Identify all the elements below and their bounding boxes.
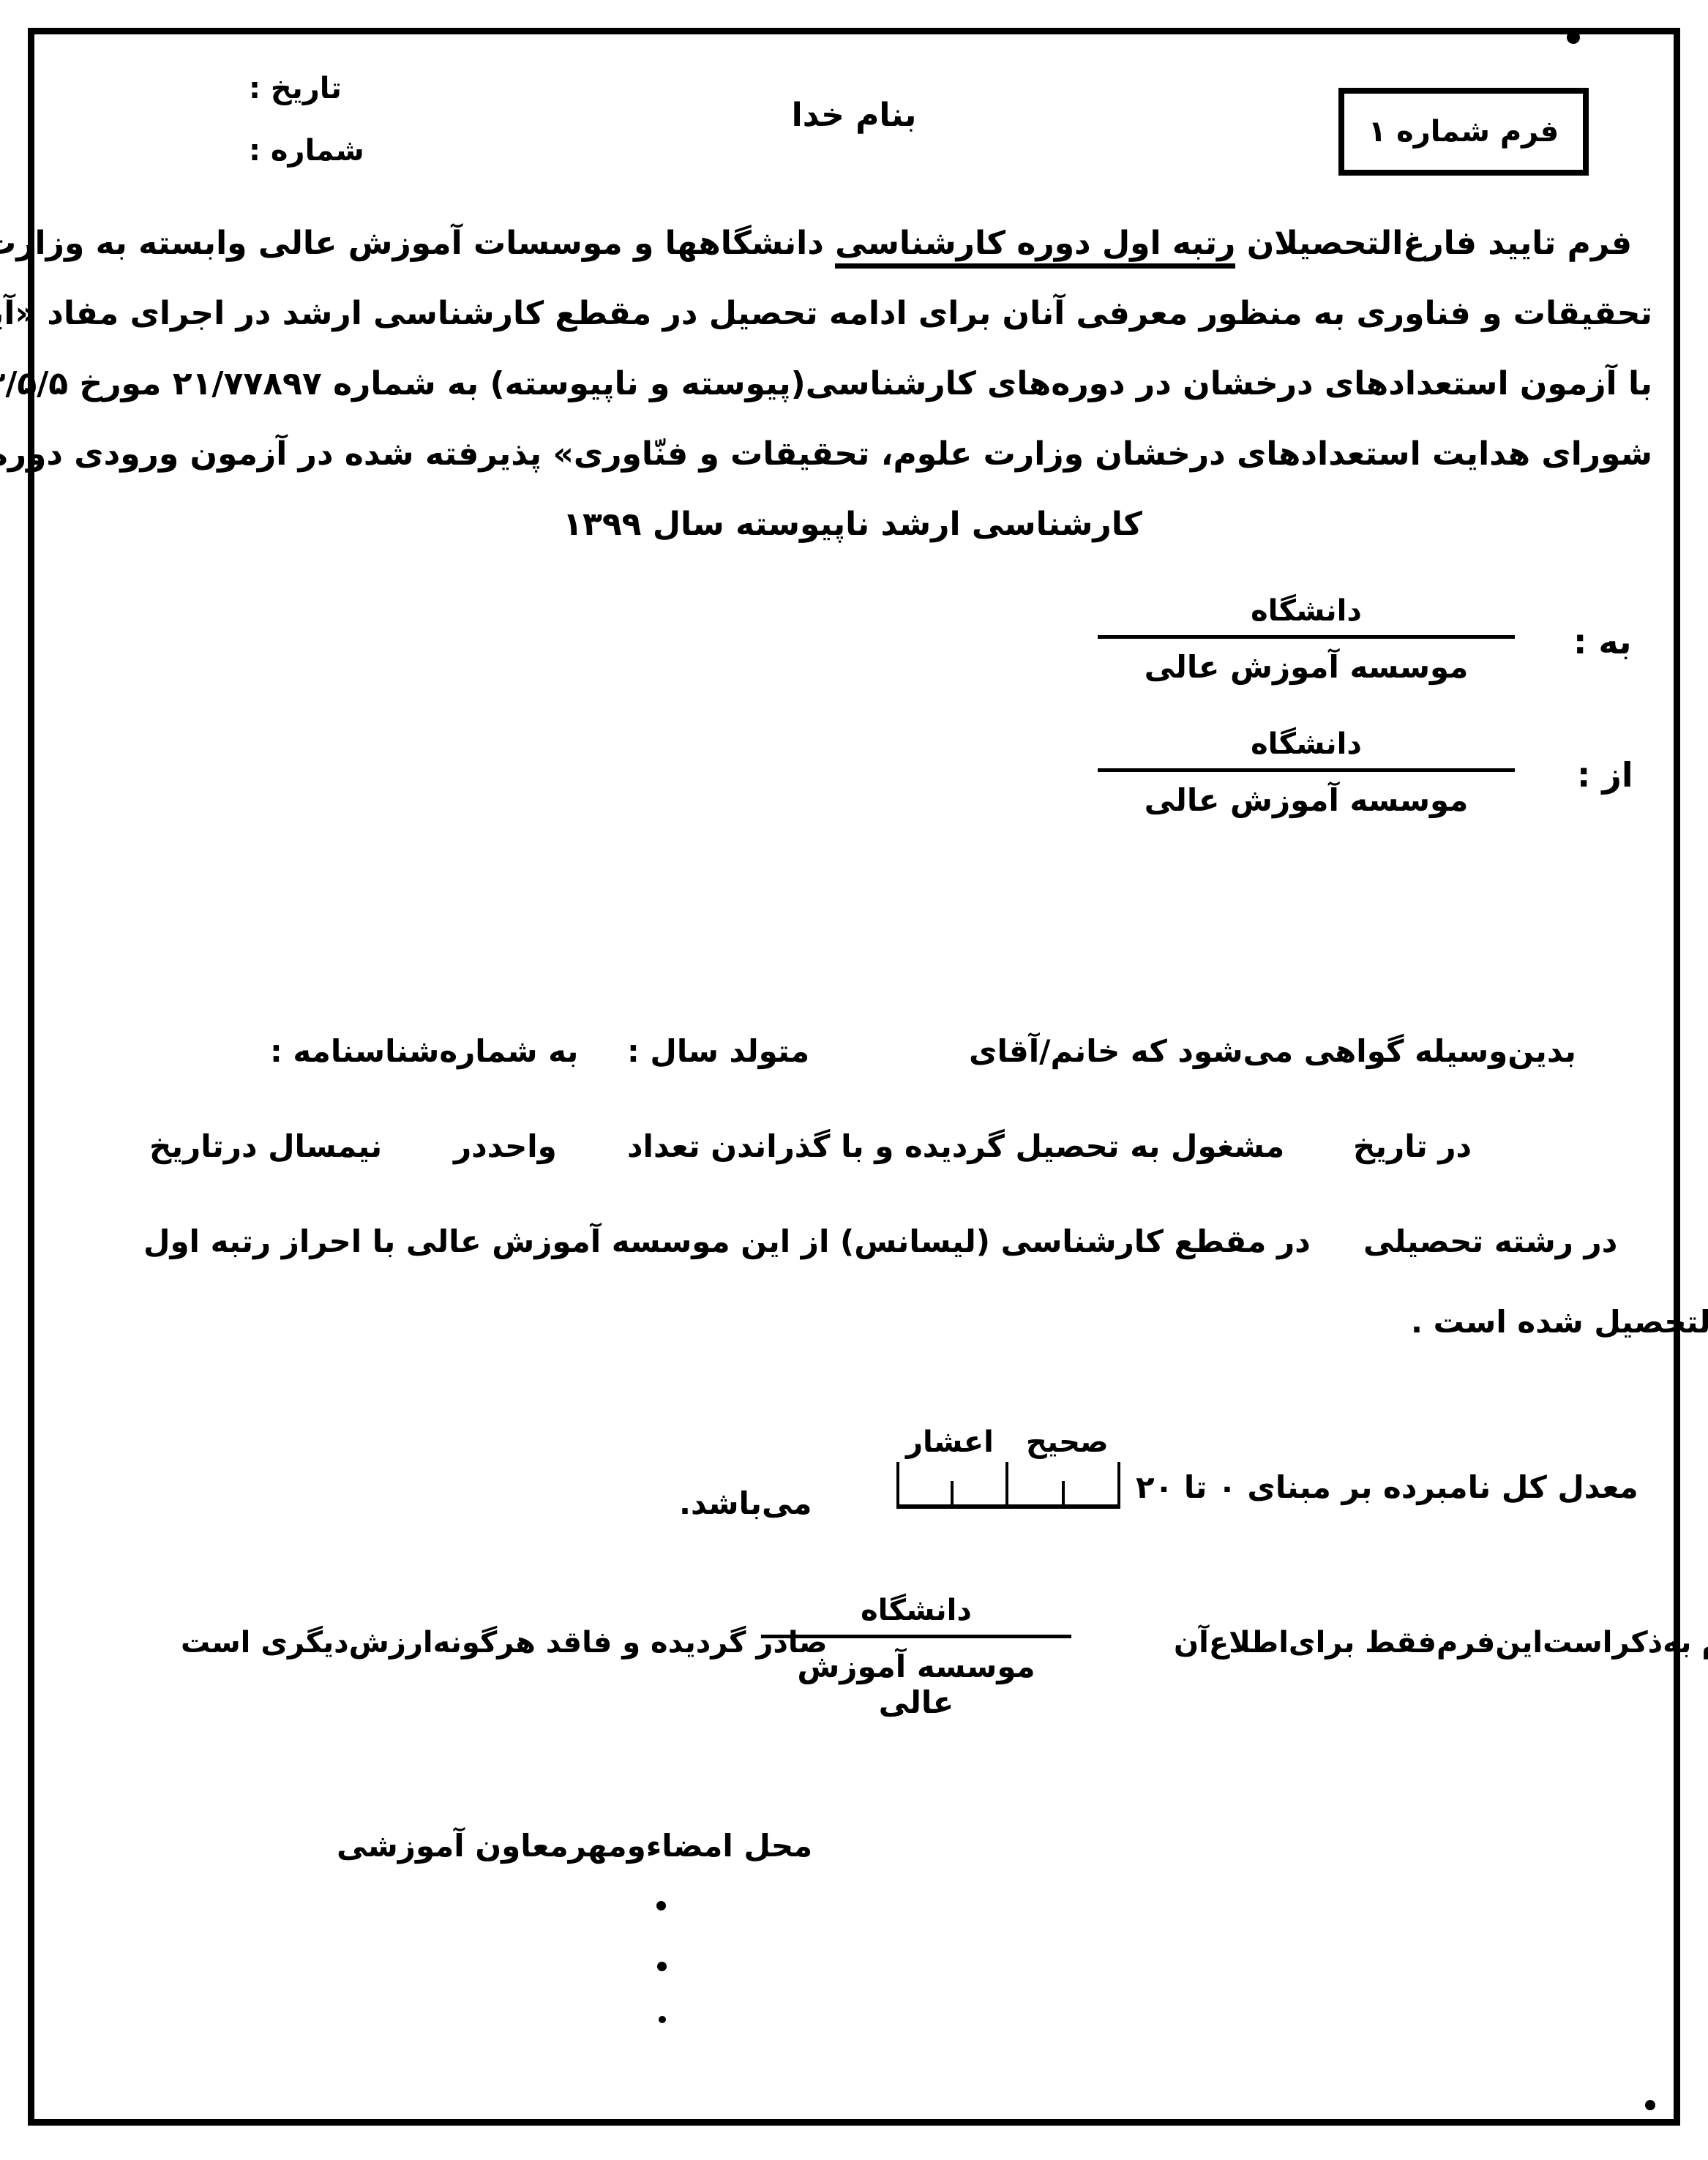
enrolled-text: مشغول به تحصیل گردیده و با گذراندن تعداد [627,1128,1284,1164]
footer-note-right: لازم به‌ذکراست‌این‌فرم‌فقط برای‌اطلاع‌آن [1174,1626,1708,1660]
gpa-cell-divider [951,1481,954,1504]
from-institute-option: موسسه آموزش عالی [1098,772,1515,818]
gpa-cell-divider [1005,1462,1008,1504]
intro-line-1: فرم تایید فارغ‌التحصیلان رتبه اول دوره ک… [53,209,1652,279]
to-institute-option: موسسه آموزش عالی [1098,639,1515,685]
degree-text: در مقطع کارشناسی (لیسانس) از این موسسه آ… [143,1223,1311,1259]
form-number-text: فرم شماره ۱ [1368,115,1559,149]
ink-dot-top-right [1567,31,1580,44]
from-university-option: دانشگاه [1098,727,1515,772]
intro-line-4: شورای هدایت استعدادهای درخشان وزارت علوم… [53,419,1652,490]
to-label: به : [1573,622,1632,661]
id-number-label: به شماره‌شناسنامه : [270,1033,578,1069]
gpa-integer-label: صحیح [1026,1425,1109,1459]
gpa-digit-cells[interactable] [896,1462,1120,1509]
gpa-decimal-label: اعشار [906,1425,994,1459]
units-label: واحددر [454,1128,557,1164]
ink-dot-signature-2 [657,1962,667,1971]
signature-area-label: محل امضاءومهرمعاون آموزشی [337,1828,812,1864]
birth-year-label: متولد سال : [627,1033,809,1069]
gpa-cell-divider [1117,1462,1120,1504]
ink-dot-signature-3 [659,2016,666,2023]
footer-note-left: صادر گردیده و فاقد هرگونه‌ارزش‌دیگری است [181,1626,828,1660]
certify-text: بدین‌وسیله گواهی می‌شود که خانم/آقای [969,1033,1576,1069]
intro-paragraph: فرم تایید فارغ‌التحصیلان رتبه اول دوره ک… [53,209,1652,560]
intro-line-5: کارشناسی ارشد ناپیوسته سال ۱۳۹۹ [53,490,1652,560]
ink-dot-bottom-right [1645,2100,1655,2110]
from-source-fraction: دانشگاه موسسه آموزش عالی [1098,727,1515,818]
semester-count-blank[interactable] [399,1128,450,1169]
graduated-text: فارغ‌التحصیل شده است . [1411,1304,1708,1340]
gpa-cell-divider [1062,1481,1065,1504]
underlined-phrase: رتبه اول دوره کارشناسی [835,225,1235,269]
form-number-box: فرم شماره ۱ [1338,88,1589,176]
to-university-option: دانشگاه [1098,594,1515,639]
semesters-label: نیمسال درتاریخ [149,1128,382,1164]
field-of-study-label: در رشته تحصیلی [1363,1223,1617,1259]
applicant-name-blank[interactable] [853,1033,962,1074]
form-page: تاریخ : شماره : بنام خدا فرم شماره ۱ فرم… [0,0,1708,2160]
enroll-date-label: در تاریخ [1353,1128,1472,1164]
serial-number-label: شماره : [249,134,364,168]
intro-line-3: با آزمون استعدادهای درخشان در دوره‌های ک… [53,349,1652,419]
intro-line-2: تحقیقات و فناوری به منظور معرفی آنان برا… [53,279,1652,349]
gpa-scale-text: معدل کل نامبرده بر مبنای ۰ تا ۲۰ [1136,1469,1638,1505]
id-number-blank[interactable] [117,1033,263,1074]
ink-dot-signature-1 [656,1901,666,1910]
gpa-suffix-text: می‌باشد. [679,1485,812,1521]
intro-line-1-after: دانشگاهها و موسسات آموزش عالی وابسته به … [0,225,824,262]
gpa-cell-divider [896,1462,899,1504]
from-label: از : [1577,755,1633,795]
to-destination-fraction: دانشگاه موسسه آموزش عالی [1098,594,1515,685]
intro-line-1-before: فرم تایید فارغ‌التحصیلان [1247,225,1632,262]
